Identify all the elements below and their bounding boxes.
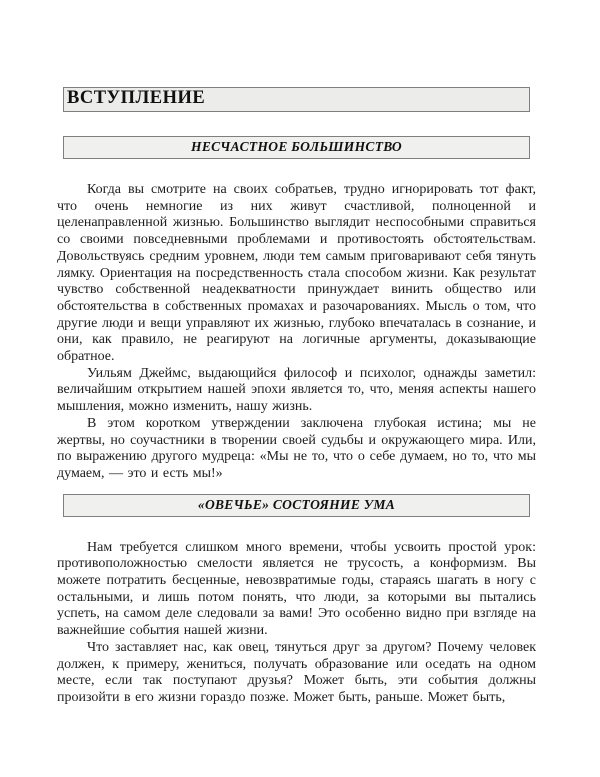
paragraph: Уильям Джеймс, выдающийся философ и псих… [57, 366, 536, 416]
section-body-2: Нам требуется слишком много времени, что… [57, 540, 536, 707]
paragraph: В этом коротком утверждении заключена гл… [57, 416, 536, 483]
section-heading: НЕСЧАСТНОЕ БОЛЬШИНСТВО [64, 139, 529, 155]
section-body-1: Когда вы смотрите на своих собратьев, тр… [57, 182, 536, 483]
section-heading-box-2: «ОВЕЧЬЕ» СОСТОЯНИЕ УМА [63, 494, 530, 517]
paragraph: Когда вы смотрите на своих собратьев, тр… [57, 182, 536, 366]
page-content: ВСТУПЛЕНИЕ НЕСЧАСТНОЕ БОЛЬШИНСТВО Когда … [57, 87, 536, 707]
chapter-title: ВСТУПЛЕНИЕ [67, 89, 526, 108]
paragraph: Нам требуется слишком много времени, что… [57, 540, 536, 640]
paragraph: Что заставляет нас, как овец, тянуться д… [57, 640, 536, 707]
book-page: ВСТУПЛЕНИЕ НЕСЧАСТНОЕ БОЛЬШИНСТВО Когда … [0, 0, 600, 777]
chapter-title-box: ВСТУПЛЕНИЕ [63, 87, 530, 112]
section-heading: «ОВЕЧЬЕ» СОСТОЯНИЕ УМА [64, 497, 529, 513]
section-heading-box-1: НЕСЧАСТНОЕ БОЛЬШИНСТВО [63, 136, 530, 159]
